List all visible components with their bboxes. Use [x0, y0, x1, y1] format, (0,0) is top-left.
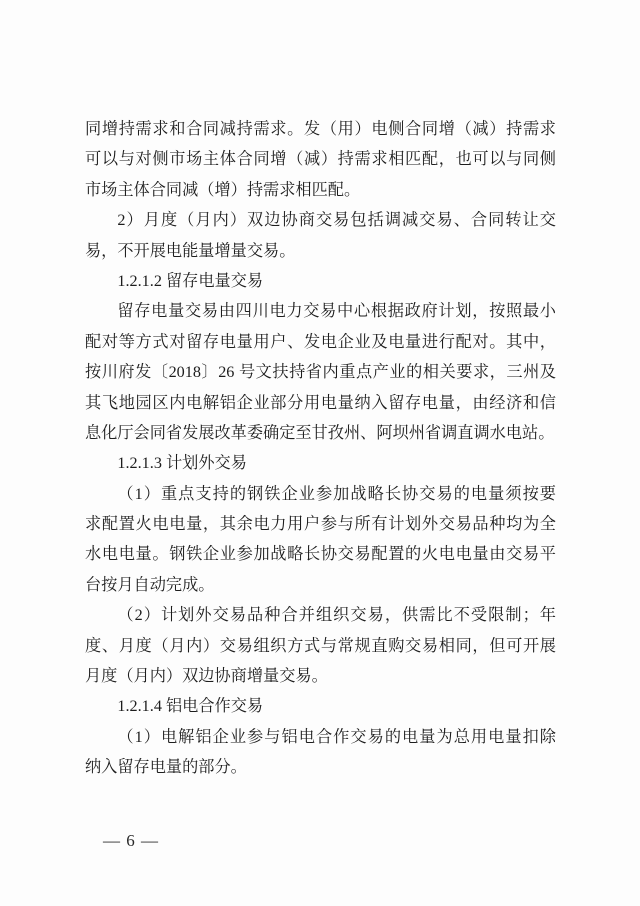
text-line: （2）计划外交易品种合并组织交易，供需比不受限制；年 — [85, 600, 556, 630]
text-line: 1.2.1.4 铝电合作交易 — [85, 691, 556, 721]
text-line: 2）月度（月内）双边协商交易包括调减交易、合同转让交 — [85, 205, 556, 235]
text-line: 纳入留存电量的部分。 — [85, 752, 556, 782]
text-line: 可以与对侧市场主体合同增（减）持需求相匹配，也可以与同侧 — [85, 144, 556, 174]
text-line: 求配置火电电量，其余电力用户参与所有计划外交易品种均为全 — [85, 509, 556, 539]
text-line: 同增持需求和合同减持需求。发（用）电侧合同增（减）持需求 — [85, 114, 556, 144]
text-line: 息化厅会同省发展改革委确定至甘孜州、阿坝州省调直调水电站。 — [85, 418, 556, 448]
text-line: 1.2.1.3 计划外交易 — [85, 448, 556, 478]
text-block: 同增持需求和合同减持需求。发（用）电侧合同增（减）持需求可以与对侧市场主体合同增… — [85, 114, 556, 783]
text-line: 按川府发〔2018〕26 号文扶持省内重点产业的相关要求，三州及 — [85, 357, 556, 387]
text-line: 其飞地园区内电解铝企业部分用电量纳入留存电量，由经济和信 — [85, 388, 556, 418]
text-line: 市场主体合同减（增）持需求相匹配。 — [85, 175, 556, 205]
text-line: 易，不开展电能量增量交易。 — [85, 236, 556, 266]
text-line: 留存电量交易由四川电力交易中心根据政府计划，按照最小 — [85, 296, 556, 326]
text-line: （1）电解铝企业参与铝电合作交易的电量为总用电量扣除 — [85, 722, 556, 752]
text-line: 月度（月内）双边协商增量交易。 — [85, 661, 556, 691]
text-line: 度、月度（月内）交易组织方式与常规直购交易相同，但可开展 — [85, 631, 556, 661]
page-number: — 6 — — [103, 831, 159, 851]
text-line: 1.2.1.2 留存电量交易 — [85, 266, 556, 296]
document-page: 同增持需求和合同减持需求。发（用）电侧合同增（减）持需求可以与对侧市场主体合同增… — [0, 0, 640, 906]
text-line: 台按月自动完成。 — [85, 570, 556, 600]
text-line: （1）重点支持的钢铁企业参加战略长协交易的电量须按要 — [85, 479, 556, 509]
text-line: 水电电量。钢铁企业参加战略长协交易配置的火电电量由交易平 — [85, 539, 556, 569]
text-line: 配对等方式对留存电量用户、发电企业及电量进行配对。其中， — [85, 327, 556, 357]
